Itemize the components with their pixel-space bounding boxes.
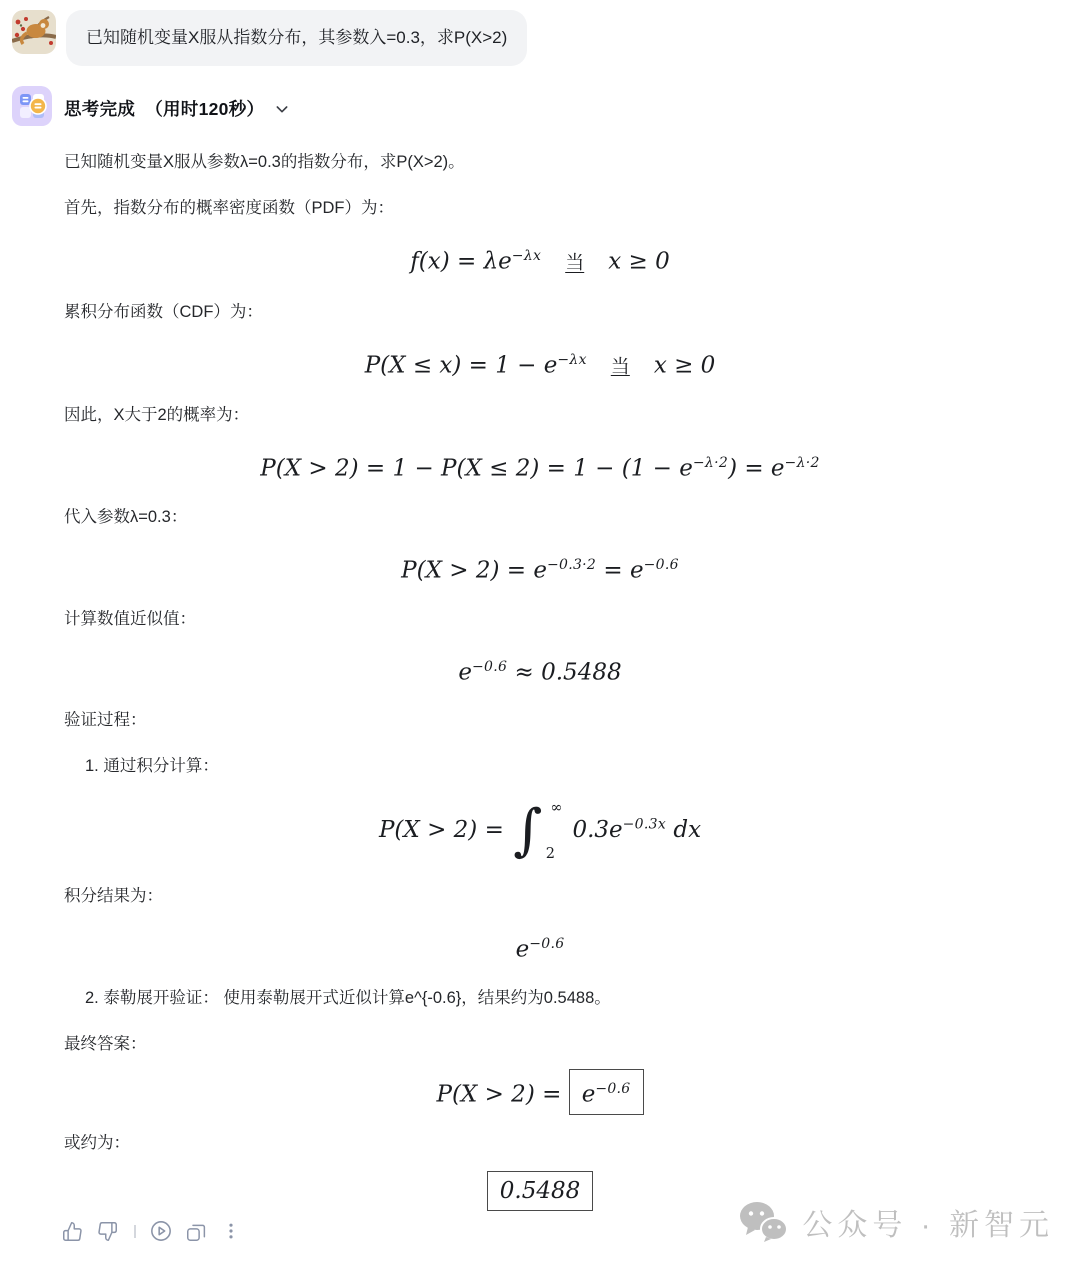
thinking-status-labels: 思考完成 （用时120秒） xyxy=(64,96,264,121)
paragraph: 积分结果为： xyxy=(64,885,1016,907)
assistant-avatar-image xyxy=(12,86,52,126)
copy-button[interactable] xyxy=(186,1221,207,1242)
assistant-message-body: 已知随机变量X服从参数λ=0.3的指数分布，求P(X>2)。首先，指数分布的概率… xyxy=(64,139,1016,1216)
toolbar-divider xyxy=(134,1225,136,1238)
user-message-bubble: 已知随机变量X服从指数分布，其参数入=0.3，求P(X>2) xyxy=(66,10,527,66)
paragraph: 计算数值近似值： xyxy=(64,608,1016,630)
list-item: 2. 泰勒展开验证： 使用泰勒展开式近似计算e^{-0.6}，结果约为0.548… xyxy=(64,987,1016,1009)
thumbs-up-icon xyxy=(62,1221,83,1242)
paragraph: 代入参数λ=0.3： xyxy=(64,506,1016,528)
more-vertical-icon xyxy=(221,1221,241,1241)
user-avatar-image xyxy=(12,10,56,54)
thumbs-down-icon xyxy=(97,1221,118,1242)
chat-page: 已知随机变量X服从指数分布，其参数入=0.3，求P(X>2) 思考完成 （用时1… xyxy=(0,0,1080,1264)
thinking-duration: （用时120秒） xyxy=(145,96,264,121)
paragraph: 最终答案： xyxy=(64,1033,1016,1055)
watermark-text: 公众号 · 新智元 xyxy=(802,1200,1054,1244)
chevron-down-icon[interactable] xyxy=(274,101,290,117)
paragraph: 首先，指数分布的概率密度函数（PDF）为： xyxy=(64,197,1016,219)
paragraph: 或约为： xyxy=(64,1132,1016,1154)
thinking-status-header[interactable]: 思考完成 （用时120秒） xyxy=(12,86,1080,131)
math-formula: P(X ≤ x) = 1 − e−λx当x ≥ 0 xyxy=(64,337,1016,391)
paragraph: 累积分布函数（CDF）为： xyxy=(64,301,1016,323)
thumbs-up-button[interactable] xyxy=(62,1221,83,1242)
message-toolbar xyxy=(62,1220,255,1242)
wechat-icon xyxy=(738,1201,790,1243)
paragraph: 已知随机变量X服从参数λ=0.3的指数分布，求P(X>2)。 xyxy=(64,151,1016,173)
more-options-button[interactable] xyxy=(221,1221,241,1241)
play-circle-icon xyxy=(150,1220,172,1242)
math-formula: e−0.6 xyxy=(64,921,1016,973)
copy-icon xyxy=(186,1221,207,1242)
math-formula: P(X > 2) = e−0.3·2 = e−0.6 xyxy=(64,542,1016,594)
user-message-row: 已知随机变量X服从指数分布，其参数入=0.3，求P(X>2) xyxy=(0,0,1080,66)
read-aloud-button[interactable] xyxy=(150,1220,172,1242)
assistant-avatar xyxy=(12,86,52,131)
math-formula: P(X > 2) = e−0.6 xyxy=(64,1069,1016,1118)
user-avatar xyxy=(12,10,56,59)
thinking-status-text: 思考完成 xyxy=(64,96,135,121)
thumbs-down-button[interactable] xyxy=(97,1221,118,1242)
paragraph: 因此，X大于2的概率为： xyxy=(64,404,1016,426)
math-formula: P(X > 2) = 1 − P(X ≤ 2) = 1 − (1 − e−λ·2… xyxy=(64,440,1016,492)
paragraph: 验证过程： xyxy=(64,709,1016,731)
list-item: 1. 通过积分计算： xyxy=(64,755,1016,777)
math-formula: e−0.6 ≈ 0.5488 xyxy=(64,644,1016,696)
math-formula: f(x) = λe−λx当x ≥ 0 xyxy=(64,233,1016,287)
watermark: 公众号 · 新智元 xyxy=(738,1200,1054,1244)
math-formula: P(X > 2) = ∫∞20.3e−0.3x dx xyxy=(64,791,1016,871)
